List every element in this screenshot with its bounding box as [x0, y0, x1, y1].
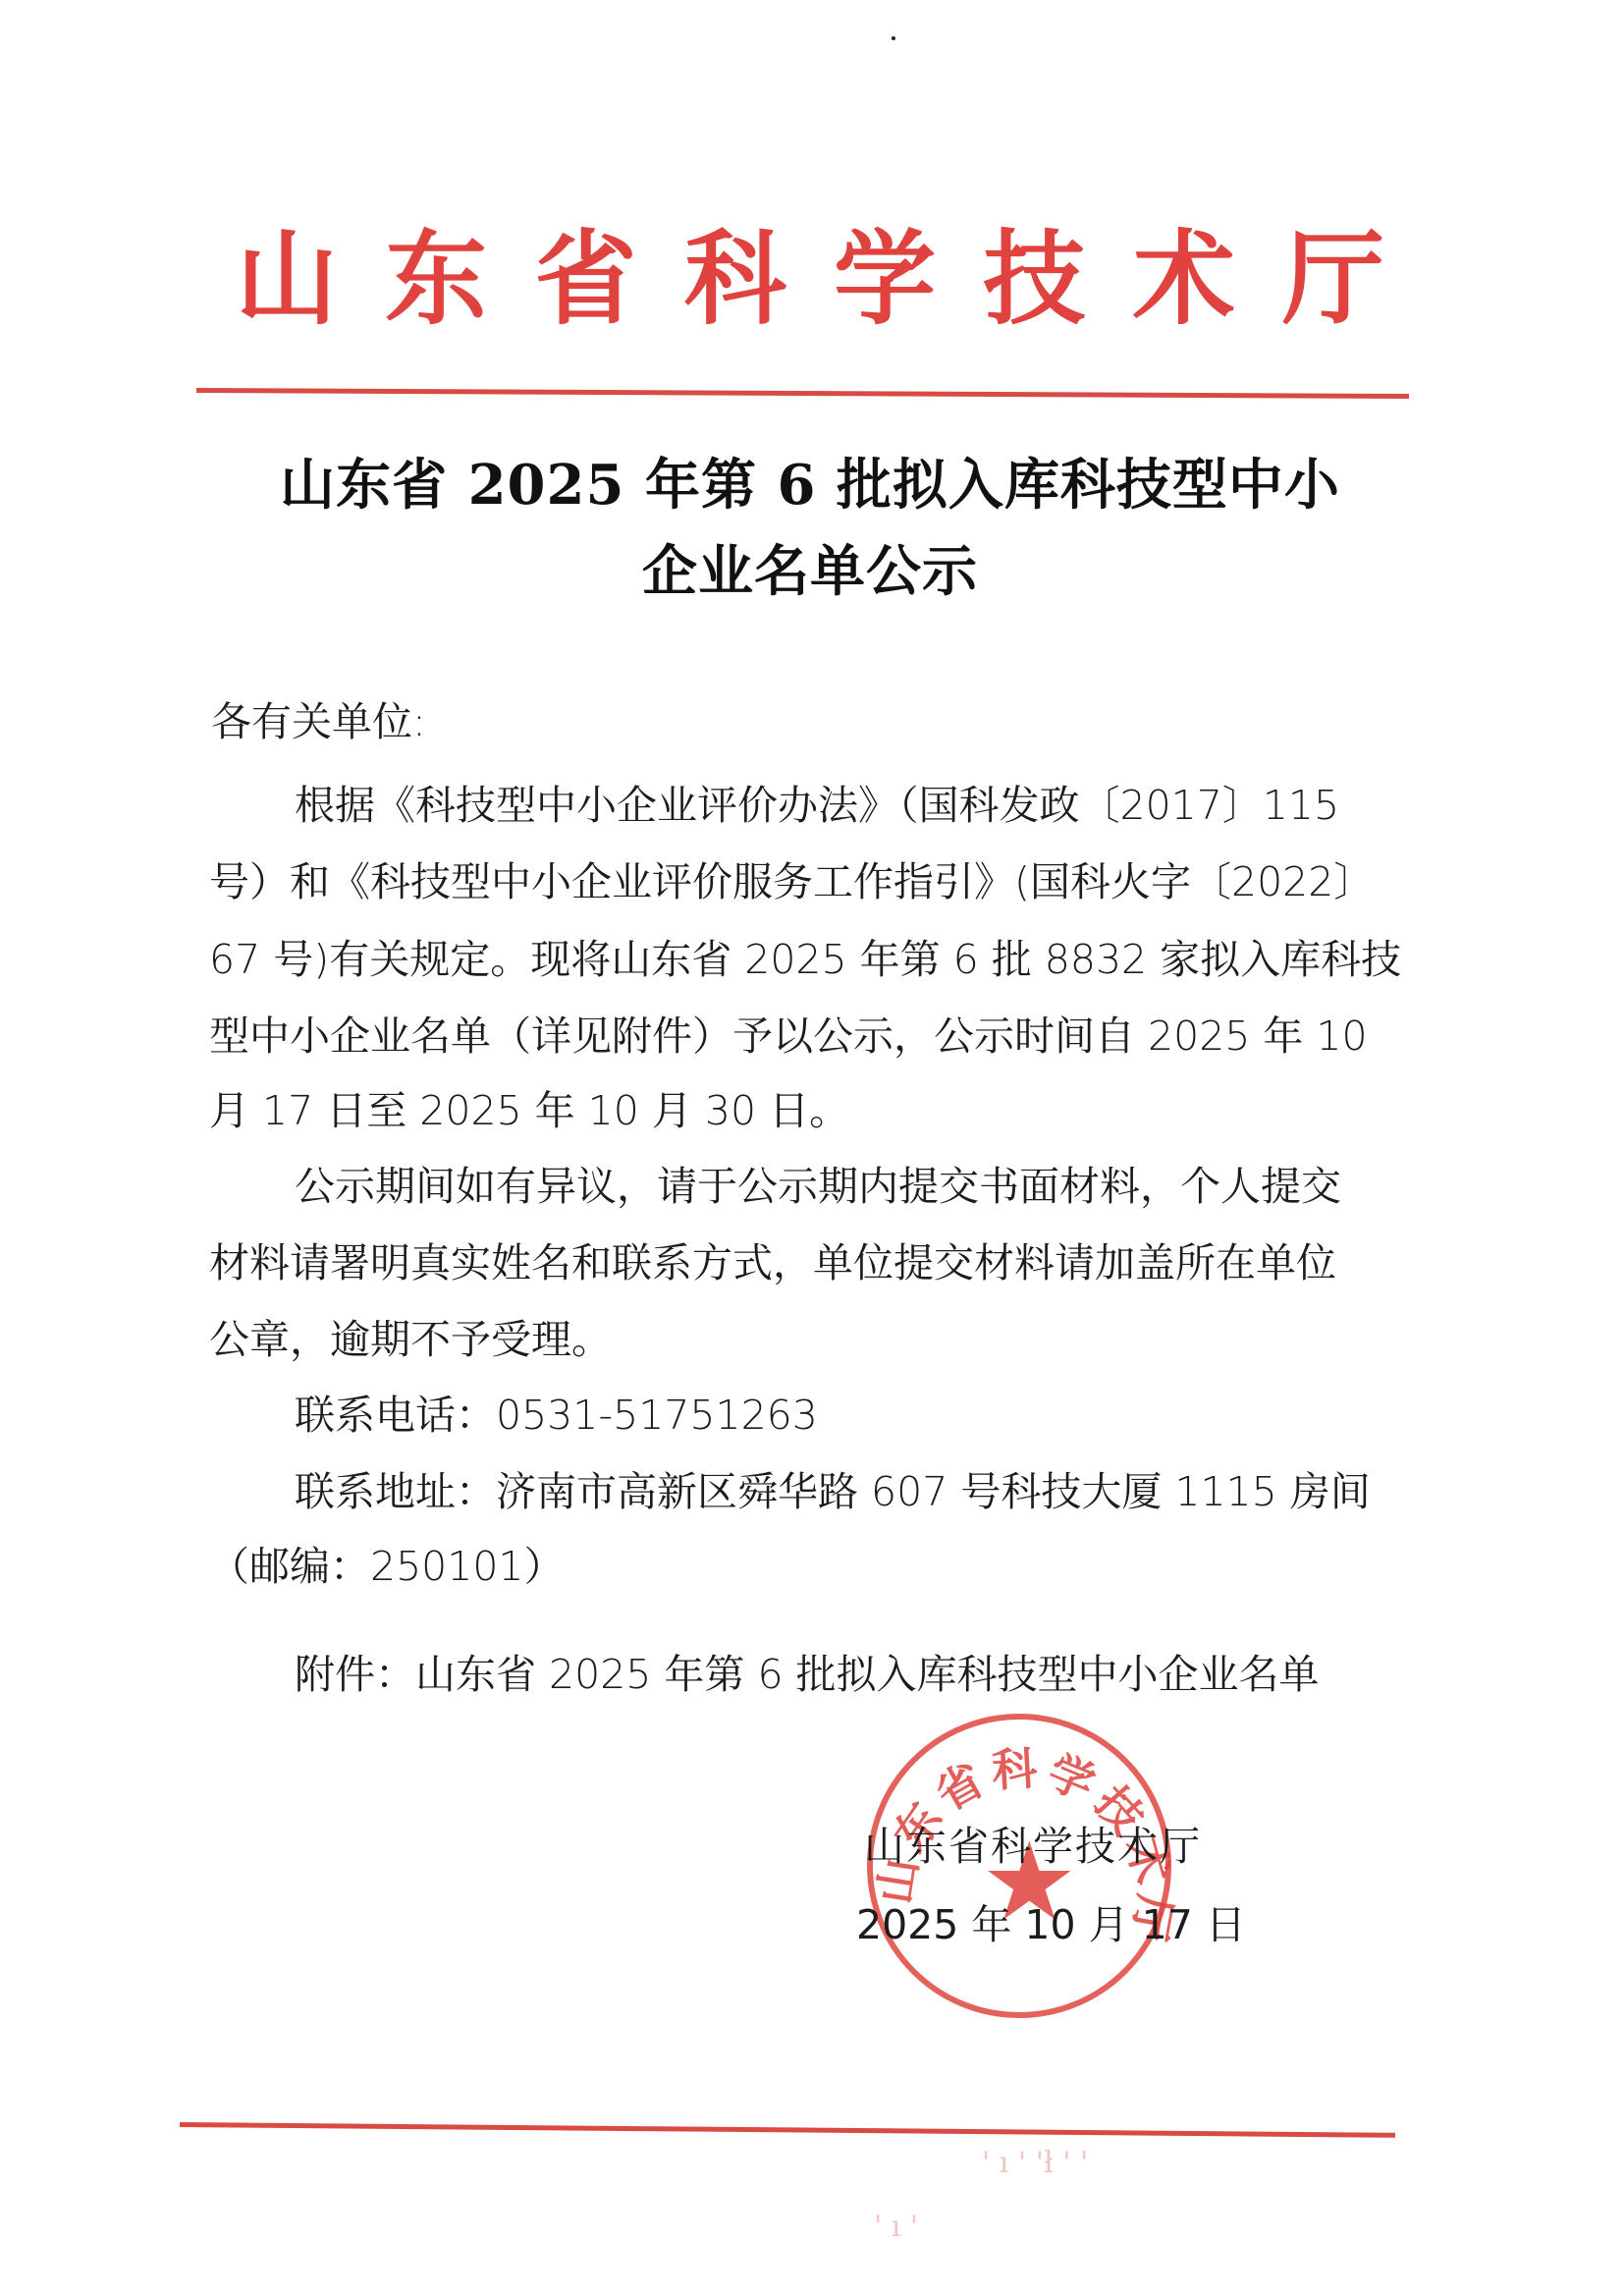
letterhead-char: 东 — [385, 196, 487, 344]
letterhead-char: 省 — [535, 196, 637, 344]
paragraph1-line: 67 号)有关规定。现将山东省 2025 年第 6 批 8832 家拟入库科技 — [209, 935, 1401, 984]
paragraph1-line: 月 17 日至 2025 年 10 月 30 日。 — [209, 1086, 849, 1135]
letterhead-char: 厅 — [1282, 196, 1384, 344]
paragraph2-line: 公章，逾期不予受理。 — [209, 1315, 612, 1364]
letterhead-char: 学 — [834, 196, 936, 344]
document-title-line1: 山东省 2025 年第 6 批拟入库科技型中小 — [196, 442, 1424, 520]
paragraph2-line: 公示期间如有异议，请于公示期内提交书面材料，个人提交 — [295, 1162, 1341, 1211]
signature-org: 山东省科学技术厅 — [864, 1822, 1202, 1871]
paragraph2-line: 材料请署明真实姓名和联系方式，单位提交材料请加盖所在单位 — [209, 1238, 1336, 1287]
salutation: 各有关单位: — [211, 697, 426, 746]
letterhead-char: 术 — [1133, 196, 1235, 344]
document-title-line2: 企业名单公示 — [196, 528, 1424, 607]
header-red-rule — [196, 388, 1409, 399]
paragraph1-line: 根据《科技型中小企业评价办法》（国科发政〔2017〕115 — [295, 781, 1339, 830]
contact-address-line: 联系地址：济南市高新区舜华路 607 号科技大厦 1115 房间 — [295, 1467, 1371, 1516]
signature-date: 2025 年 10 月 17 日 — [856, 1900, 1246, 1949]
scan-bleed-mark: ' ı ' 'ł ' ' — [982, 2146, 1088, 2180]
scan-artifact-dot — [892, 36, 895, 40]
scan-bleed-mark: ' ı ' — [874, 2210, 918, 2244]
footer-red-rule — [180, 2122, 1395, 2138]
contact-address-line: （邮编：250101） — [209, 1542, 565, 1591]
paragraph1-line: 型中小企业名单（详见附件）予以公示，公示时间自 2025 年 10 — [209, 1011, 1368, 1061]
letterhead-char: 山 — [236, 196, 338, 344]
letterhead-char: 科 — [684, 196, 786, 344]
letterhead-char: 技 — [983, 196, 1085, 344]
contact-phone: 联系电话：0531-51751263 — [295, 1391, 818, 1440]
attachment-note: 附件：山东省 2025 年第 6 批拟入库科技型中小企业名单 — [295, 1650, 1320, 1699]
letterhead-org-name: 山 东 省 科 学 技 术 厅 — [236, 211, 1384, 329]
paragraph1-line: 号）和《科技型中小企业评价服务工作指引》(国科火字〔2022〕 — [209, 857, 1374, 906]
